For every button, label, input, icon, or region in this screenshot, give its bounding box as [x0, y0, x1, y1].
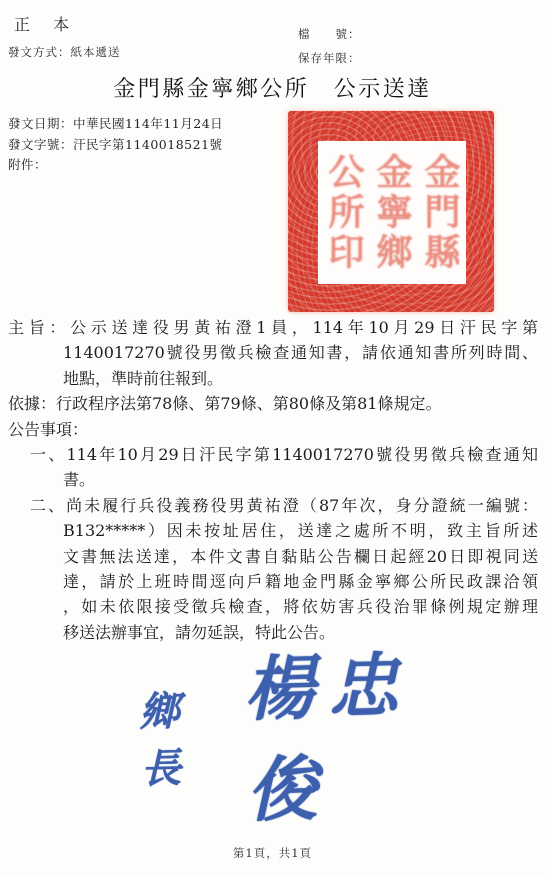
copy-type-label: 正 本: [14, 12, 78, 35]
mayor-signature: 楊忠俊: [243, 627, 493, 835]
signature-block: 鄉長 楊忠俊: [139, 673, 492, 792]
body-line: 二、尚未履行兵役義務役男黃祐澄（87年次，身分證統一編號：: [8, 493, 538, 518]
document-title: 金門縣金寧鄉公所 公示送達: [0, 72, 545, 103]
issue-date: 發文日期：中華民國114年11月24日: [8, 114, 223, 135]
body-line: 1140017270號役男徵兵檢查通知書，請依通知書所列時間、: [8, 340, 538, 365]
official-seal: 金門縣 金寧鄉 公所印: [288, 111, 494, 312]
body-line: 地點，準時前往報到。: [8, 366, 538, 391]
mayor-title: 鄉長: [139, 678, 231, 794]
body-line: 主旨：公示送達役男黃祐澄1員，114年10月29日汗民字第: [8, 315, 538, 340]
seal-text: 金門縣 金寧鄉 公所印: [320, 153, 464, 273]
seal-column: 金寧鄉: [368, 153, 416, 273]
seal-column: 金門縣: [416, 153, 464, 273]
body-line: 文書無法送達，本件文書自黏貼公告欄日起經20日即視同送: [8, 544, 538, 569]
body-line: 達，請於上班時間逕向戶籍地金門縣金寧鄉公所民政課洽領: [8, 569, 538, 594]
body-line: B132*****）因未按址居住，送達之處所不明，致主旨所述: [8, 518, 538, 543]
file-number-label: 檔 號：: [298, 22, 361, 46]
delivery-method-label: 發文方式：紙本遞送: [8, 44, 121, 60]
body-line: ，如未依限接受徵兵檢查，將依妨害兵役治罪條例規定辦理: [8, 594, 538, 619]
doc-number: 發文字號：汗民字第1140018521號: [8, 135, 223, 156]
retention-period-label: 保存年限：: [298, 46, 361, 70]
document-meta: 發文日期：中華民國114年11月24日 發文字號：汗民字第1140018521號…: [8, 114, 223, 176]
body-line: 依據：行政程序法第78條、第79條、第80條及第81條規定。: [8, 391, 538, 416]
body-text: 主旨：公示送達役男黃祐澄1員，114年10月29日汗民字第 1140017270…: [8, 315, 538, 645]
seal-inner-face: 金門縣 金寧鄉 公所印: [318, 141, 466, 284]
seal-column: 公所印: [320, 153, 368, 273]
body-line: 公告事項：: [8, 417, 538, 442]
body-line: 一、114年10月29日汗民字第1140017270號役男徵兵檢查通知: [8, 442, 538, 467]
body-line: 書。: [8, 467, 538, 492]
page-footer: 第1頁，共1頁: [0, 845, 545, 861]
attachment-label: 附件：: [8, 155, 223, 176]
file-retention-block: 檔 號： 保存年限：: [298, 22, 361, 70]
